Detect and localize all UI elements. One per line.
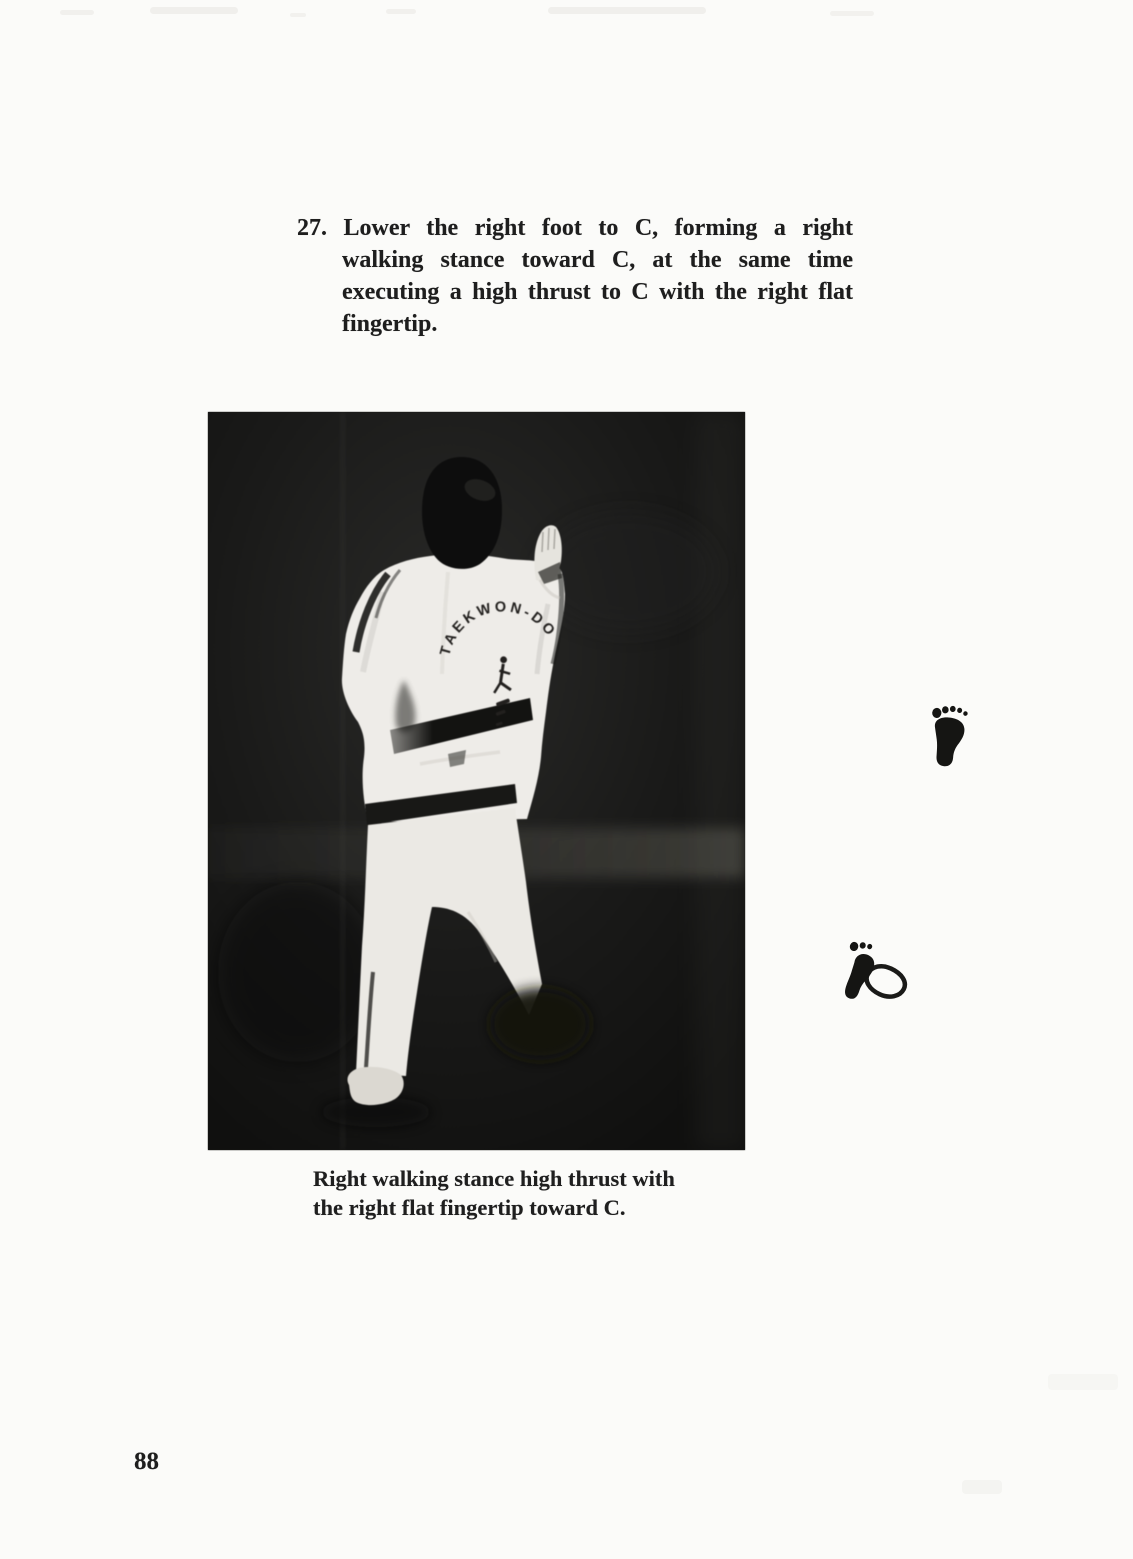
- instruction-paragraph: 27. Lower the right foot to C, forming a…: [297, 212, 853, 340]
- scan-artifact: [150, 7, 238, 14]
- scan-artifact: [1048, 1374, 1118, 1390]
- head: [422, 457, 502, 569]
- caption-line: Right walking stance high thrust with: [313, 1164, 693, 1193]
- dobok-jacket: [342, 554, 565, 822]
- front-foot-shadow: [490, 988, 590, 1060]
- scan-artifact: [290, 13, 306, 17]
- scan-artifact: [386, 9, 416, 14]
- scan-artifact: [830, 11, 874, 16]
- scan-fold-line: [341, 412, 345, 1150]
- instruction-line: 27. Lower the right foot to C, forming a…: [297, 212, 853, 244]
- scan-artifact: [962, 1480, 1002, 1494]
- scan-artifact: [60, 10, 94, 15]
- caption-line: the right flat fingertip toward C.: [313, 1193, 693, 1222]
- instruction-line: fingertip.: [297, 308, 853, 340]
- right-footprint-icon: [925, 702, 973, 770]
- photo-caption: Right walking stance high thrust with th…: [313, 1164, 693, 1222]
- book-page: 27. Lower the right foot to C, forming a…: [0, 0, 1133, 1559]
- page-number: 88: [134, 1448, 159, 1476]
- footprint-with-motion-outline-icon: [828, 938, 920, 1030]
- scan-artifact: [548, 7, 706, 14]
- instruction-line: walking stance toward C, at the same tim…: [297, 244, 853, 276]
- technique-photo: TAEKWON-DO: [208, 412, 745, 1150]
- instruction-line: executing a high thrust to C with the ri…: [297, 276, 853, 308]
